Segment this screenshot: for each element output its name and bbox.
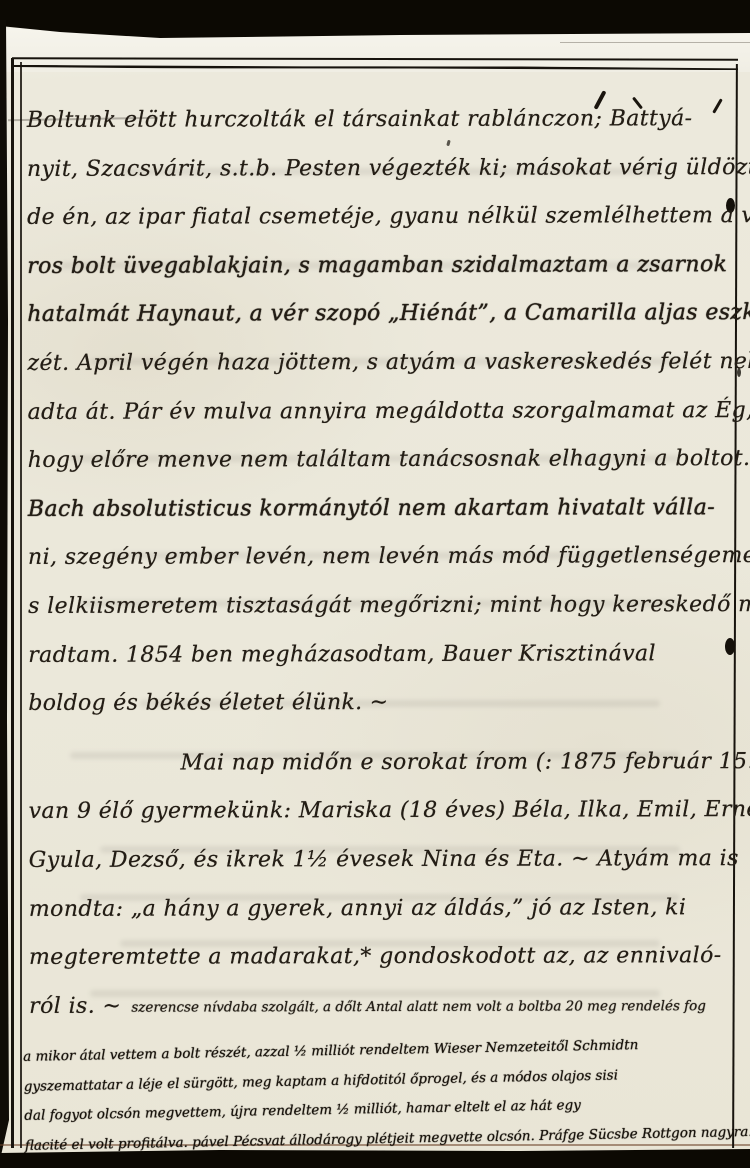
manuscript-line: van 9 élő gyermekünk: Mariska (18 éves) … <box>29 786 741 836</box>
manuscript-line: adta át. Pár év mulva annyira megáldotta… <box>28 387 740 437</box>
manuscript-line: de én, az ipar fiatal csemetéje, gyanu n… <box>27 192 739 242</box>
addendum-text: a mikor átal vettem a bolt részét, azzal… <box>23 1029 741 1161</box>
manuscript-line: radtam. 1854 ben megházasodtam, Bauer Kr… <box>28 630 740 680</box>
manuscript-line-paragraph-start: Mai nap midőn e sorokat írom (: 1875 feb… <box>28 738 740 788</box>
manuscript-line: ros bolt üvegablakjain, s magamban szida… <box>27 241 739 291</box>
manuscript-text: Boltunk elött hurczolták el társainkat r… <box>27 95 741 1031</box>
scanned-manuscript-page: Boltunk elött hurczolták el társainkat r… <box>0 0 750 1168</box>
manuscript-line: boldog és békés életet élünk. ~ <box>28 678 740 728</box>
manuscript-line: Boltunk elött hurczolták el társainkat r… <box>27 95 739 145</box>
manuscript-line: hogy előre menve nem találtam tanácsosna… <box>28 435 740 485</box>
frame-left-outer-line <box>11 58 14 1148</box>
manuscript-line: megteremtette a madarakat,* gondoskodott… <box>29 932 741 982</box>
manuscript-line-text: ról is. ~ <box>29 993 121 1018</box>
manuscript-line: Bach absolutisticus kormánytól nem akart… <box>28 484 740 534</box>
manuscript-line: Gyula, Dezső, és ikrek 1½ évesek Nina és… <box>29 835 741 885</box>
manuscript-last-line: ról is. ~szerencse nívdaba szolgált, a d… <box>29 981 741 1031</box>
scratch-mark <box>560 42 750 43</box>
manuscript-line: ni, szegény ember levén, nem levén más m… <box>28 532 740 582</box>
manuscript-line: zét. April végén haza jöttem, s atyám a … <box>27 338 739 388</box>
addendum-line: szerencse nívdaba szolgált, a dőlt Antal… <box>131 998 706 1016</box>
manuscript-line: nyit, Szacsvárit, s.t.b. Pesten végezték… <box>27 144 739 194</box>
manuscript-line: mondta: „a hány a gyerek, annyi az áldás… <box>29 884 741 934</box>
manuscript-line: s lelkiismeretem tisztaságát megőrizni; … <box>28 581 740 631</box>
frame-left-inner-line <box>20 62 22 1148</box>
manuscript-line: hatalmát Haynaut, a vér szopó „Hiénát”, … <box>27 289 739 339</box>
